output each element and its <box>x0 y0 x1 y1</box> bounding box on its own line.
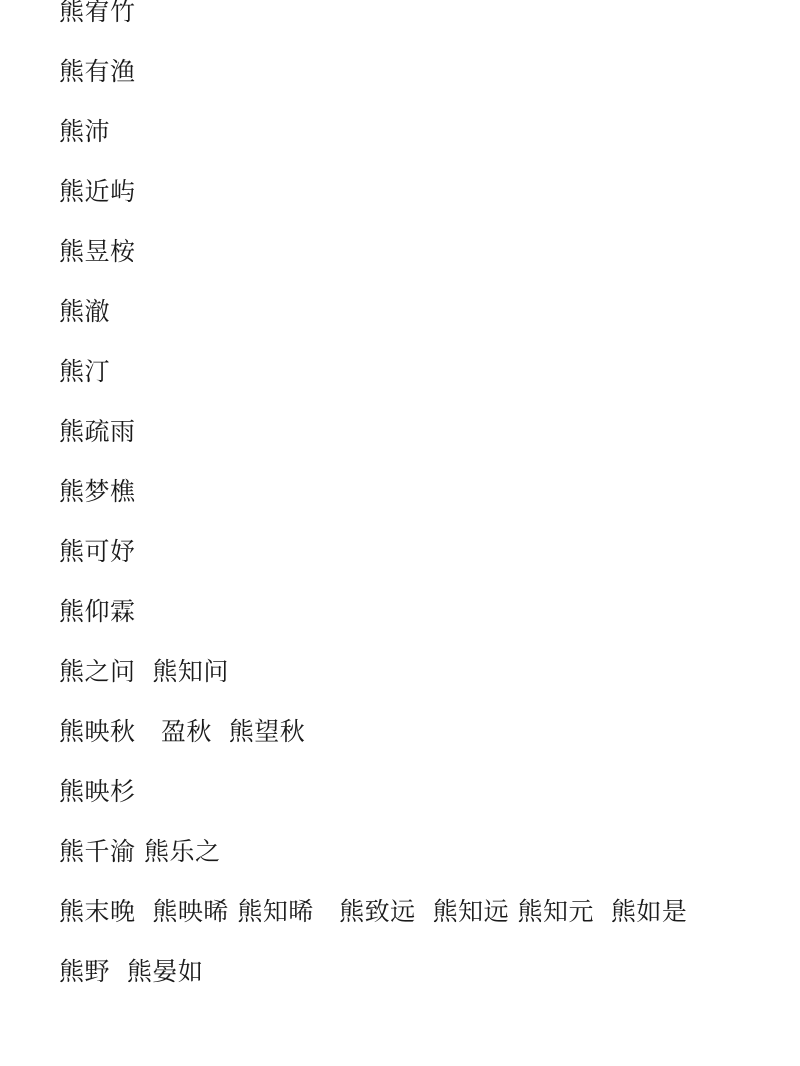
name-line-11: 熊仰霖 <box>59 598 779 658</box>
name-line-17: 熊野 熊晏如 <box>59 958 779 1018</box>
name-line-3: 熊沛 <box>59 118 779 178</box>
name-line-4: 熊近屿 <box>59 178 779 238</box>
name-line-9: 熊梦樵 <box>59 478 779 538</box>
name-line-2: 熊有渔 <box>59 58 779 118</box>
name-line-13: 熊映秋 盈秋 熊望秋 <box>59 718 779 778</box>
name-line-16: 熊末晚 熊映晞 熊知晞 熊致远 熊知远 熊知元 熊如是 <box>59 898 779 958</box>
name-line-8: 熊疏雨 <box>59 418 779 478</box>
name-line-14: 熊映杉 <box>59 778 779 838</box>
name-line-15: 熊千渝 熊乐之 <box>59 838 779 898</box>
name-list-document: 熊宥竹 熊有渔 熊沛 熊近屿 熊昱桉 熊澈 熊汀 熊疏雨 熊梦樵 熊可妤 熊仰霖… <box>59 0 779 1018</box>
name-line-10: 熊可妤 <box>59 538 779 598</box>
name-line-1: 熊宥竹 <box>59 0 779 58</box>
name-line-6: 熊澈 <box>59 298 779 358</box>
name-line-5: 熊昱桉 <box>59 238 779 298</box>
name-line-7: 熊汀 <box>59 358 779 418</box>
name-line-12: 熊之问 熊知问 <box>59 658 779 718</box>
